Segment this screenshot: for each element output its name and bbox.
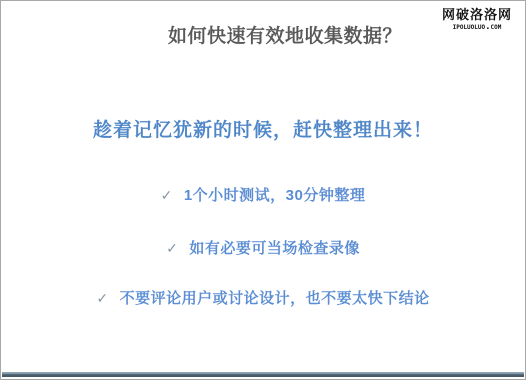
presentation-slide: 如何快速有效地收集数据？ 网破洛洛网 ipoluoluo.com 趁着记忆犹新的… bbox=[0, 0, 526, 380]
bullet-text: 不要评论用户或讨论设计，也不要太快下结论 bbox=[120, 290, 430, 307]
check-icon: ✓ bbox=[166, 240, 178, 256]
check-icon: ✓ bbox=[161, 187, 173, 203]
footer-accent-bar bbox=[2, 372, 524, 377]
bullet-text: 1个小时测试，30分钟整理 bbox=[184, 187, 366, 204]
bullet-item: ✓如有必要可当场检查录像 bbox=[1, 238, 525, 259]
watermark: 网破洛洛网 ipoluoluo.com bbox=[432, 7, 522, 32]
bullet-item: ✓不要评论用户或讨论设计，也不要太快下结论 bbox=[1, 288, 525, 309]
slide-subtitle: 趁着记忆犹新的时候，赶快整理出来！ bbox=[1, 117, 525, 145]
bullet-item: ✓1个小时测试，30分钟整理 bbox=[1, 185, 525, 206]
watermark-site-name: 网破洛洛网 bbox=[432, 7, 522, 22]
bullet-text: 如有必要可当场检查录像 bbox=[189, 240, 360, 257]
check-icon: ✓ bbox=[96, 290, 108, 306]
watermark-site-url: ipoluoluo.com bbox=[432, 22, 522, 32]
